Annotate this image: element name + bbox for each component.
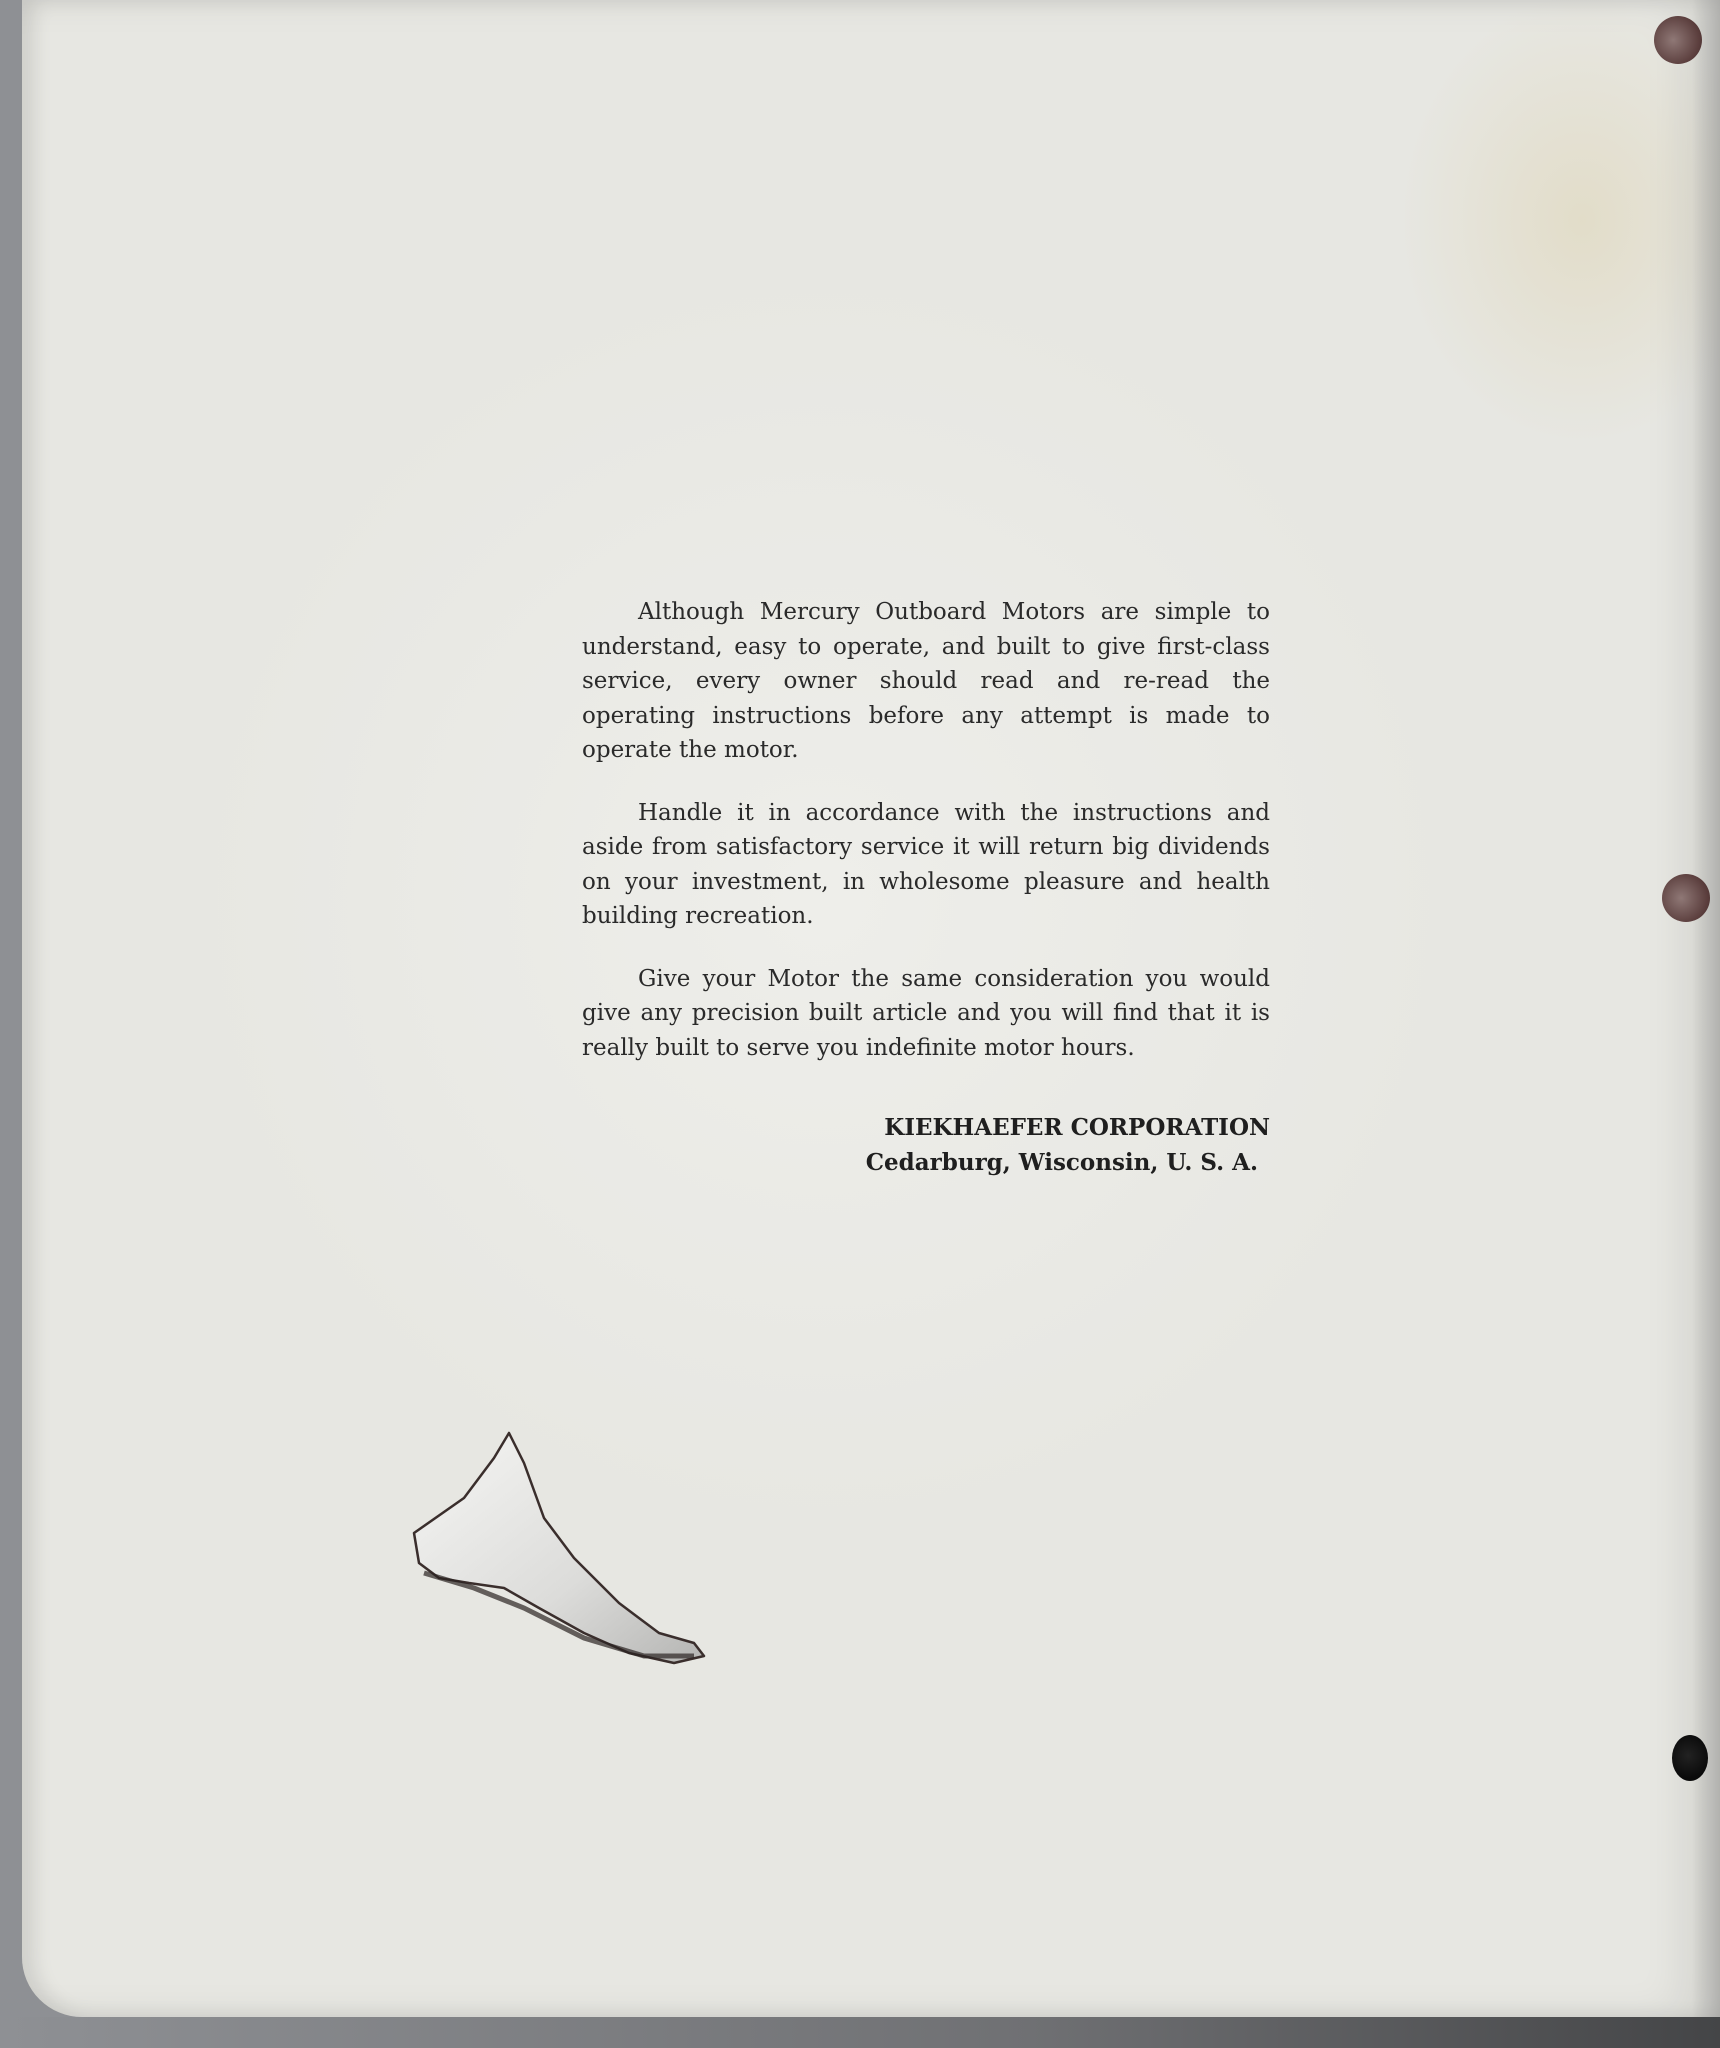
page-edge-shadow	[1692, 0, 1720, 2017]
binder-hole-bottom	[1672, 1735, 1708, 1781]
paragraph-3: Give your Motor the same consideration y…	[582, 962, 1270, 1066]
scanner-background	[0, 2017, 1720, 2048]
company-location: Cedarburg, Wisconsin, U. S. A.	[582, 1145, 1270, 1180]
company-name: KIEKHAEFER CORPORATION	[582, 1110, 1270, 1145]
document-body: Although Mercury Outboard Motors are sim…	[582, 595, 1270, 1093]
binder-hole-middle	[1662, 874, 1710, 922]
paragraph-1: Although Mercury Outboard Motors are sim…	[582, 595, 1270, 768]
binder-hole-top	[1654, 16, 1702, 64]
document-page: Although Mercury Outboard Motors are sim…	[22, 0, 1720, 2017]
paper-tear	[404, 1428, 724, 1668]
signature-block: KIEKHAEFER CORPORATION Cedarburg, Wiscon…	[582, 1110, 1270, 1180]
paragraph-2: Handle it in accordance with the instruc…	[582, 796, 1270, 934]
